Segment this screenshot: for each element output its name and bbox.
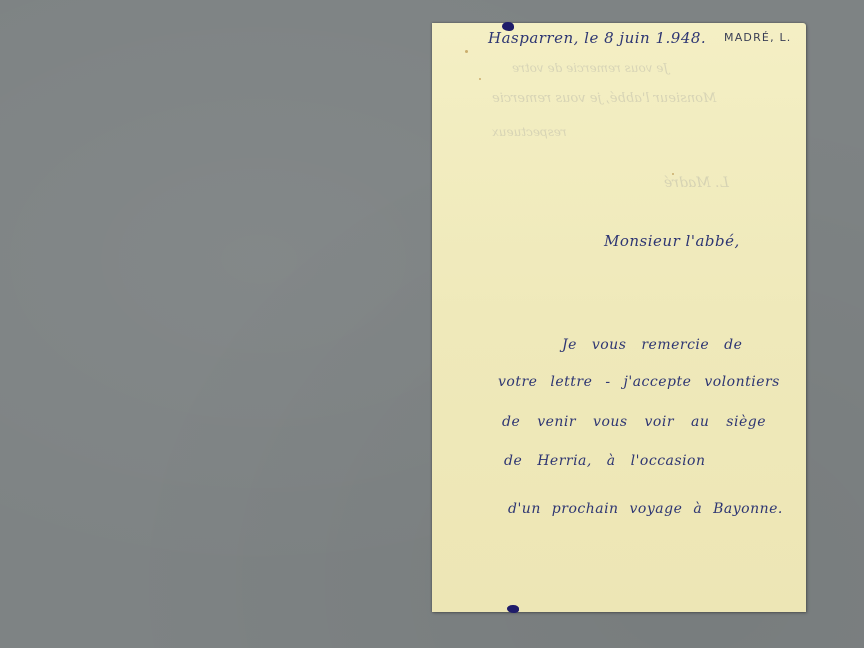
letter-place-date: Hasparren, le 8 juin 1.948. bbox=[488, 29, 706, 47]
archive-stamp: MADRÉ, L. bbox=[724, 31, 792, 44]
ink-blot-bottom bbox=[507, 605, 519, 613]
letter-salutation: Monsieur l'abbé, bbox=[604, 232, 740, 250]
foxing-spot bbox=[479, 78, 481, 80]
letter-page: Je vous remercie de votre Monsieur l'abb… bbox=[432, 23, 806, 612]
show-through-text: respectueux bbox=[492, 125, 567, 139]
letter-body-line: d'un prochain voyage à Bayonne. bbox=[508, 501, 783, 517]
letter-body-line: votre lettre - j'accepte volontiers bbox=[498, 374, 780, 390]
show-through-text: L. Madré bbox=[664, 175, 729, 191]
show-through-text: Je vous remercie de votre bbox=[512, 61, 668, 75]
letter-body-line: de Herria, à l'occasion bbox=[504, 453, 706, 469]
letter-body-line: de venir vous voir au siège bbox=[502, 414, 766, 430]
letter-body-line: Je vous remercie de bbox=[562, 337, 742, 353]
foxing-spot bbox=[465, 50, 468, 53]
show-through-text: Monsieur l'abbé, je vous remercie bbox=[492, 91, 716, 106]
